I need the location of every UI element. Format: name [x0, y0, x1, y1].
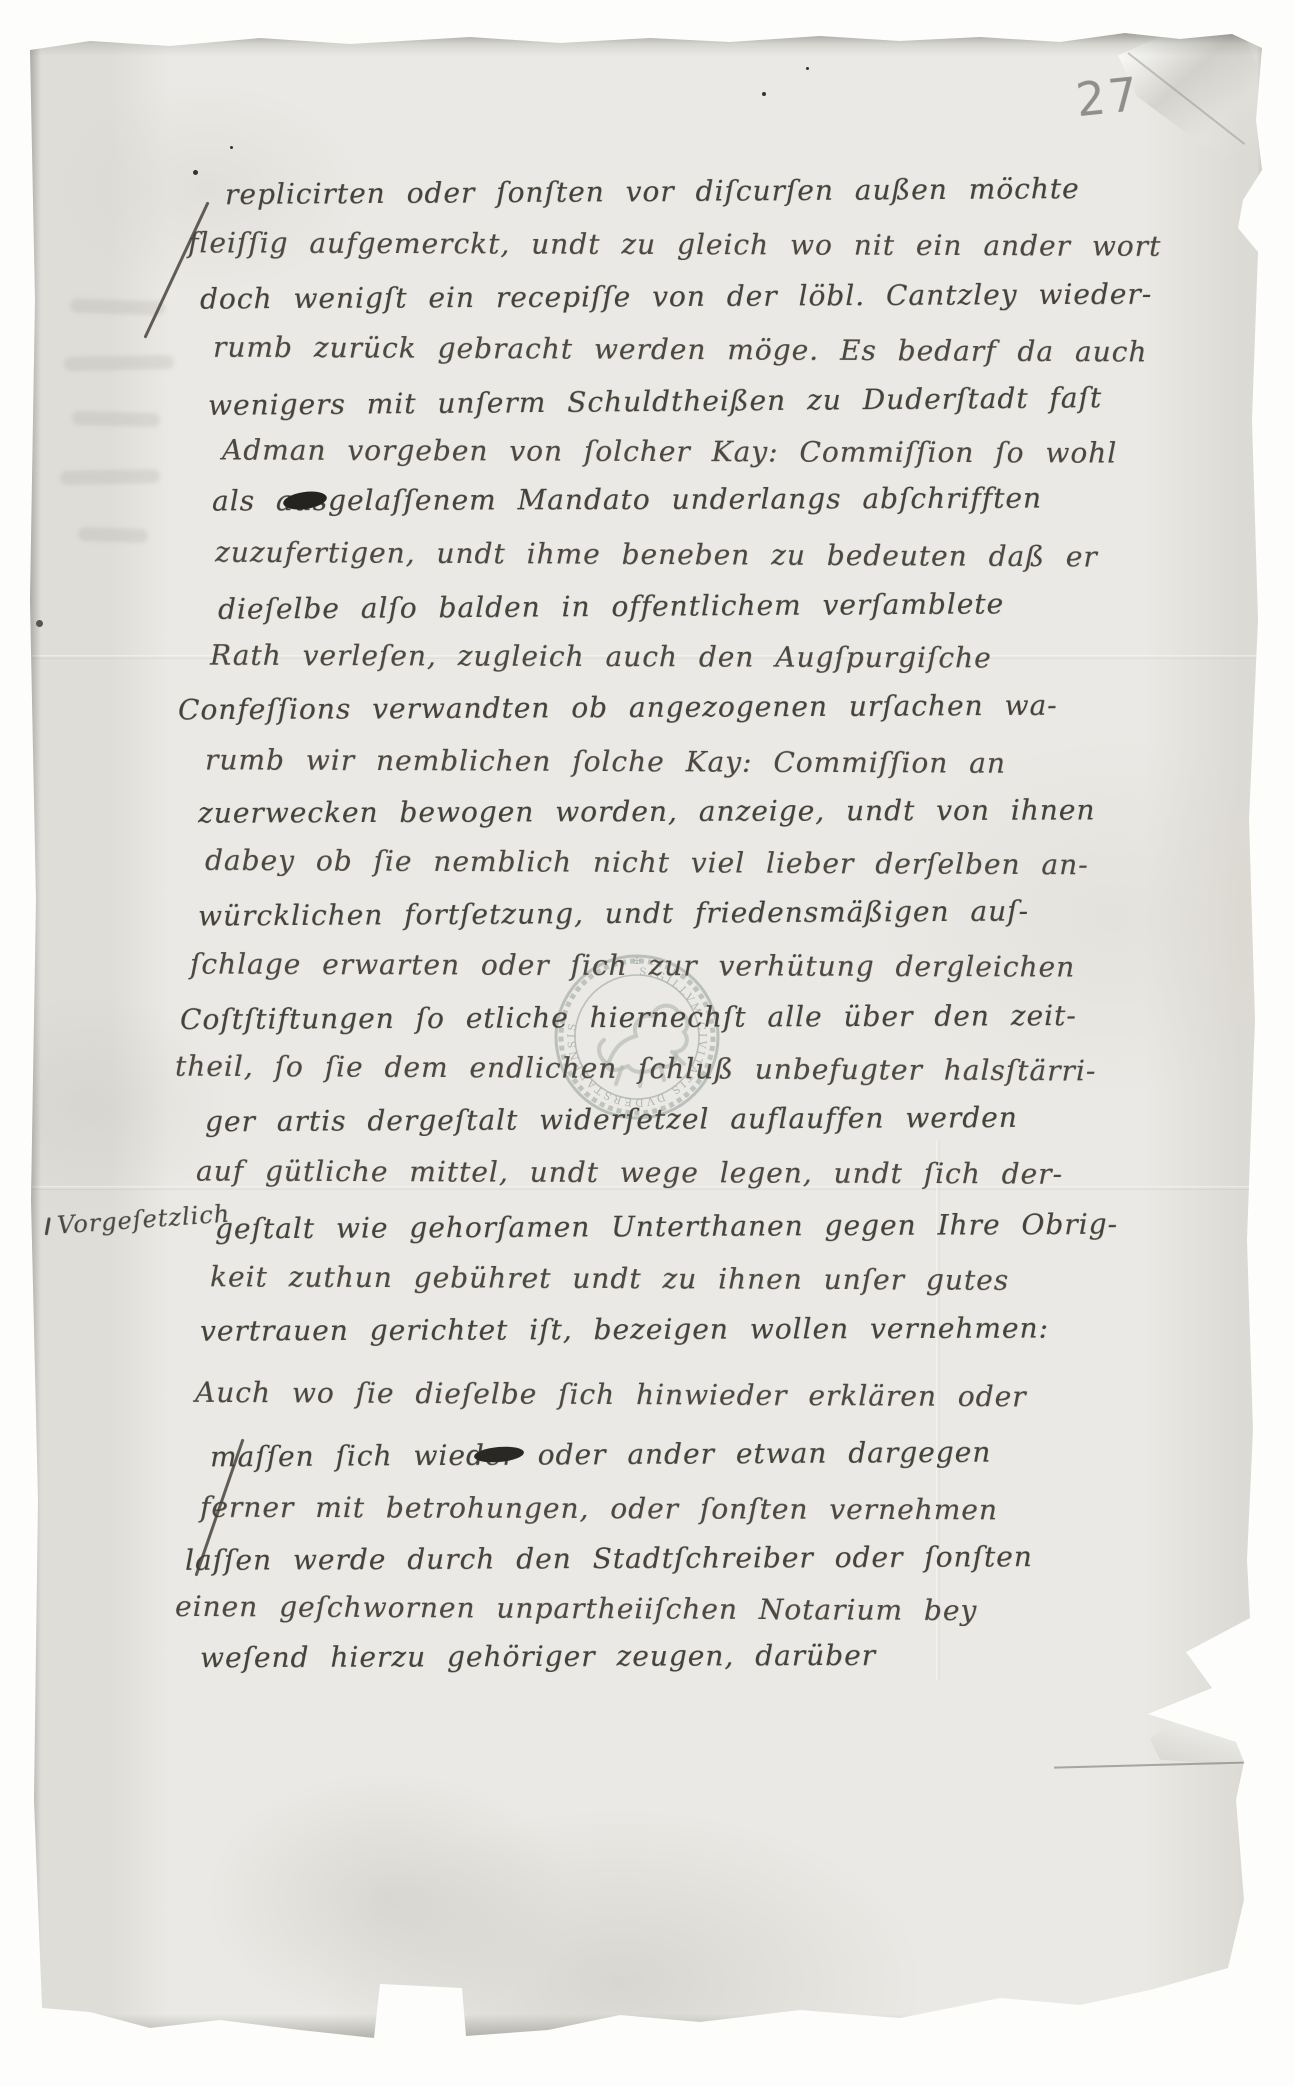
manuscript-line: dieſelbe alſo balden in offentlichem ver…	[218, 587, 1004, 625]
manuscript-line: ger artis dergeſtalt widerſetzel auflauf…	[205, 1101, 1018, 1138]
page-number-pencil: 27	[1073, 67, 1143, 127]
manuscript-line: vertrauen gerichtet iſt, bezeigen wollen…	[200, 1312, 1049, 1348]
margin-tick	[45, 1217, 51, 1235]
manuscript-line: dabey ob ſie nemblich nicht viel lieber …	[205, 844, 1089, 882]
manuscript-line: weſend hierzu gehöriger zeugen, darüber	[200, 1639, 876, 1674]
tear-flap	[1150, 1705, 1250, 1767]
manuscript-line: einen geſchwornen unpartheiiſchen Notari…	[175, 1590, 977, 1627]
manuscript-line: Confeſſions verwandten ob angezogenen ur…	[178, 689, 1058, 727]
manuscript-line: replicirten oder ſonſten vor diſcurſen a…	[225, 172, 1080, 211]
manuscript-text: replicirten oder ſonſten vor diſcurſen a…	[0, 0, 1294, 2086]
manuscript-line: rumb zurück gebracht werden möge. Es bed…	[213, 331, 1148, 369]
manuscript-line: zuerwecken bewogen worden, anzeige, undt…	[198, 793, 1096, 829]
manuscript-line: wenigers mit unſerm Schuldtheißen zu Dud…	[208, 381, 1102, 422]
manuscript-line: als ausgelaſſenem Mandato underlangs abſ…	[212, 482, 1042, 518]
manuscript-line: Rath verleſen, zugleich auch den Augſpur…	[210, 639, 992, 675]
manuscript-page: SIGILLVM CIVITATIS DVDERSTADENSIS ✠ repl…	[0, 0, 1294, 2086]
scan-background: SIGILLVM CIVITATIS DVDERSTADENSIS ✠ repl…	[0, 0, 1294, 2086]
manuscript-line: maſſen ſich wieder oder ander etwan darg…	[210, 1436, 991, 1474]
manuscript-line: Auch wo ſie dieſelbe ſich hinwieder erkl…	[195, 1376, 1027, 1413]
manuscript-line: auf gütliche mittel, undt wege legen, un…	[196, 1154, 1063, 1190]
manuscript-line: Adman vorgeben von ſolcher Kay: Commiſſi…	[222, 433, 1117, 469]
manuscript-line: zuzufertigen, undt ihme beneben zu bedeu…	[215, 536, 1098, 574]
manuscript-line: Coſtſtiftungen ſo etliche hiernechſt all…	[180, 999, 1077, 1036]
paper-edge-right	[1257, 44, 1268, 2016]
manuscript-line: keit zuthun gebühret undt zu ihnen unſer…	[210, 1260, 1009, 1296]
manuscript-line: würcklichen fortſetzung, undt friedensmä…	[198, 894, 1029, 932]
manuscript-line: geſtalt wie gehorſamen Unterthanen gegen…	[215, 1208, 1118, 1246]
manuscript-line: fleiſſig aufgemerckt, undt zu gleich wo …	[188, 226, 1161, 262]
manuscript-line: theil, ſo ſie dem endlichen ſchluß unbef…	[175, 1050, 1096, 1088]
manuscript-line: ferner mit betrohungen, oder ſonſten ver…	[200, 1491, 998, 1527]
manuscript-line: ſchlage erwarten oder ſich zur verhütung…	[190, 947, 1075, 983]
manuscript-line: doch wenigſt ein recepiſſe von der löbl.…	[200, 278, 1152, 316]
manuscript-line: laſſen werde durch den Stadtſchreiber od…	[185, 1540, 1033, 1577]
manuscript-line: rumb wir nemblichen ſolche Kay: Commiſſi…	[205, 743, 1006, 779]
